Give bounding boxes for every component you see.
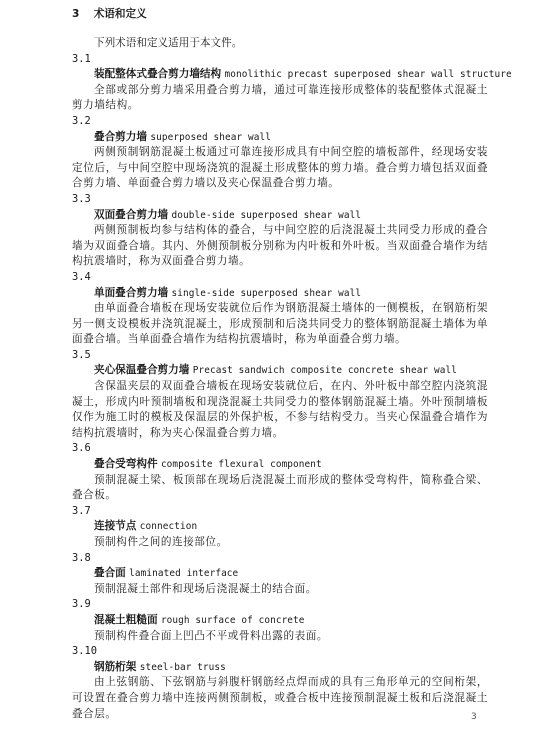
clause-number: 3.1 (72, 52, 488, 68)
term-zh: 叠合剪力墙 (94, 131, 147, 143)
term-en: composite flexural component (161, 459, 322, 470)
clause: 3.10 钢筋桁架 steel-bar truss 由上弦钢筋、下弦钢筋与斜腹杆… (72, 644, 488, 722)
term: 单面叠合剪力墙 single-side superposed shear wal… (72, 286, 488, 302)
term-zh: 双面叠合剪力墙 (94, 209, 168, 221)
page-number: 3 (471, 712, 477, 722)
clause-number: 3.2 (72, 114, 488, 130)
clause: 3.7 连接节点 connection 预制构件之间的连接部位。 (72, 504, 488, 551)
intro-paragraph: 下列术语和定义适用于本文件。 (72, 36, 488, 52)
term-en: monolithic precast superposed shear wall… (225, 69, 512, 80)
chapter-number: 3 (72, 6, 90, 22)
clause-number: 3.10 (72, 644, 488, 660)
clause: 3.3 双面叠合剪力墙 double-side superposed shear… (72, 192, 488, 270)
term-zh: 混凝土粗糙面 (94, 614, 158, 626)
term-en: superposed shear wall (150, 132, 271, 143)
term: 夹心保温叠合剪力墙 Precast sandwich composite con… (72, 363, 488, 379)
clause: 3.1 装配整体式叠合剪力墙结构 monolithic precast supe… (72, 52, 488, 114)
clause-number: 3.8 (72, 551, 488, 567)
term-zh: 钢筋桁架 (94, 661, 136, 673)
clause: 3.8 叠合面 laminated interface 预制混凝土部件和现场后浇… (72, 551, 488, 598)
clause: 3.9 混凝土粗糙面 rough surface of concrete 预制构… (72, 597, 488, 644)
term-zh: 单面叠合剪力墙 (94, 287, 168, 299)
term-zh: 装配整体式叠合剪力墙结构 (94, 68, 221, 80)
document-page: 3 术语和定义 下列术语和定义适用于本文件。 3.1 装配整体式叠合剪力墙结构 … (72, 6, 488, 722)
clause-number: 3.6 (72, 441, 488, 457)
clause-number: 3.3 (72, 192, 488, 208)
term: 钢筋桁架 steel-bar truss (72, 660, 488, 676)
term-en: laminated interface (129, 568, 238, 579)
clause-number: 3.7 (72, 504, 488, 520)
clause-number: 3.5 (72, 348, 488, 364)
term-zh: 连接节点 (94, 520, 136, 532)
definition: 预制构件叠合面上凹凸不平或骨料出露的表面。 (72, 629, 488, 645)
definition: 含保温夹层的双面叠合墙板在现场安装就位后，在内、外叶板中部空腔内浇筑混凝土，形成… (72, 379, 488, 441)
definition: 预制混凝土梁、板顶部在现场后浇混凝土而形成的整体受弯构件，简称叠合梁、叠合板。 (72, 473, 488, 504)
term-en: connection (140, 521, 197, 532)
term: 叠合受弯构件 composite flexural component (72, 457, 488, 473)
term: 连接节点 connection (72, 519, 488, 535)
chapter-title: 术语和定义 (94, 8, 147, 20)
chapter-heading: 3 术语和定义 (72, 6, 488, 22)
definition: 由上弦钢筋、下弦钢筋与斜腹杆钢筋经点焊而成的具有三角形单元的空间桁架，可设置在叠… (72, 675, 488, 722)
clause-number: 3.9 (72, 597, 488, 613)
term-zh: 叠合面 (94, 567, 126, 579)
term: 双面叠合剪力墙 double-side superposed shear wal… (72, 208, 488, 224)
term: 叠合剪力墙 superposed shear wall (72, 130, 488, 146)
definition: 预制混凝土部件和现场后浇混凝土的结合面。 (72, 582, 488, 598)
term-en: rough surface of concrete (161, 615, 305, 626)
clause: 3.5 夹心保温叠合剪力墙 Precast sandwich composite… (72, 348, 488, 442)
clause: 3.4 单面叠合剪力墙 single-side superposed shear… (72, 270, 488, 348)
term-en: single-side superposed shear wall (172, 288, 362, 299)
term-en: double-side superposed shear wall (172, 210, 362, 221)
term-zh: 夹心保温叠合剪力墙 (94, 364, 189, 376)
term-en: steel-bar truss (140, 662, 226, 673)
term: 混凝土粗糙面 rough surface of concrete (72, 613, 488, 629)
term: 叠合面 laminated interface (72, 566, 488, 582)
clause: 3.2 叠合剪力墙 superposed shear wall 两侧预制钢筋混凝… (72, 114, 488, 192)
term: 装配整体式叠合剪力墙结构 monolithic precast superpos… (72, 67, 488, 83)
definition: 由单面叠合墙板在现场安装就位后作为钢筋混凝土墙体的一侧模板，在钢筋桁架另一侧支设… (72, 301, 488, 348)
definition: 两侧预制钢筋混凝土板通过可靠连接形成具有中间空腔的墙板部件，经现场安装定位后，与… (72, 145, 488, 192)
definition: 预制构件之间的连接部位。 (72, 535, 488, 551)
clause-number: 3.4 (72, 270, 488, 286)
definition: 两侧预制板均参与结构体的叠合，与中间空腔的后浇混凝土共同受力形成的叠合墙为双面叠… (72, 223, 488, 270)
term-en: Precast sandwich composite concrete shea… (193, 365, 457, 376)
clause: 3.6 叠合受弯构件 composite flexural component … (72, 441, 488, 503)
definition: 全部或部分剪力墙采用叠合剪力墙，通过可靠连接形成整体的装配整体式混凝土剪力墙结构… (72, 83, 488, 114)
term-zh: 叠合受弯构件 (94, 458, 158, 470)
